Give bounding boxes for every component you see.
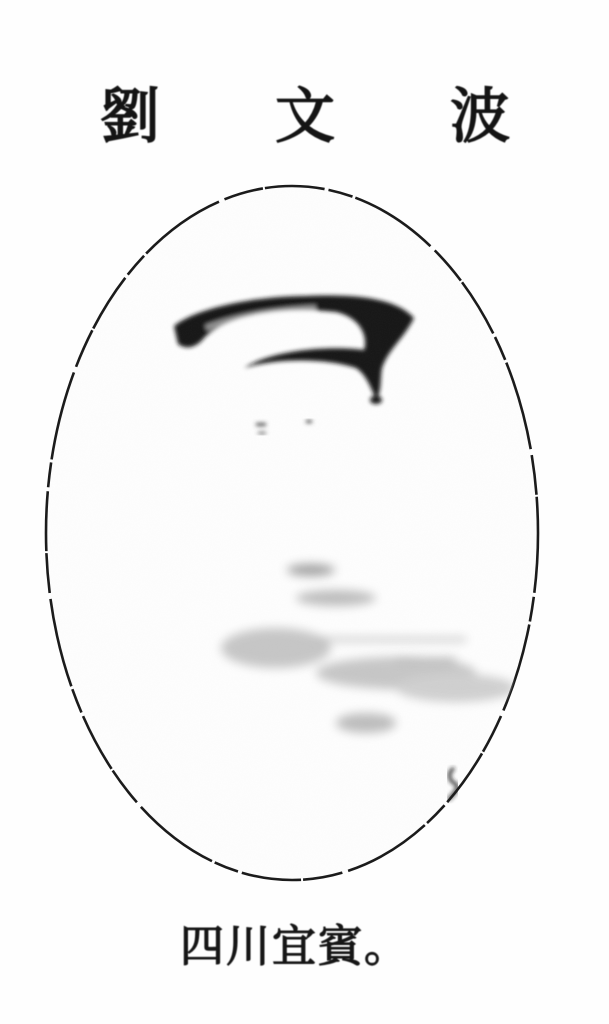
title-char-surname: 劉 bbox=[100, 87, 160, 147]
title-char-given-2: 波 bbox=[450, 87, 510, 147]
title-char-given-1: 文 bbox=[275, 87, 335, 147]
page-title: 劉 文 波 bbox=[100, 72, 510, 162]
portrait-image bbox=[36, 178, 548, 888]
oval-portrait-photo bbox=[36, 178, 548, 888]
caption: 四川宜賓。 bbox=[180, 912, 430, 972]
caption-hometown: 四川宜賓。 bbox=[180, 910, 410, 974]
document-page: 劉 文 波 bbox=[0, 0, 609, 1024]
